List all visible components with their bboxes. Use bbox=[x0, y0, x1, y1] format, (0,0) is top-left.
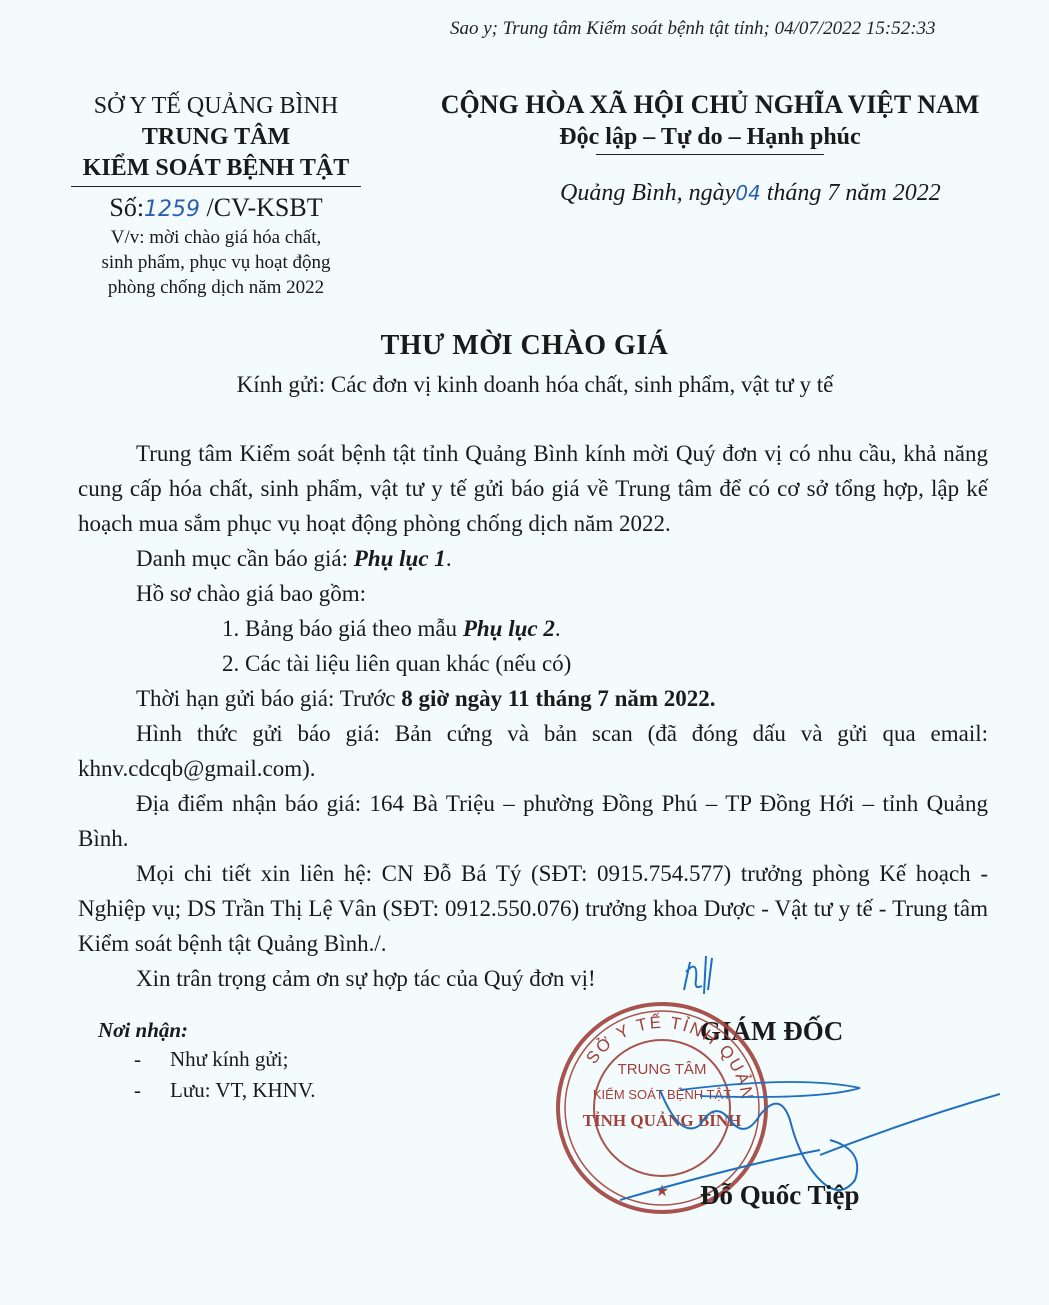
agency-name: SỞ Y TẾ QUẢNG BÌNH bbox=[60, 90, 372, 122]
initial-signature-icon bbox=[676, 950, 726, 1000]
catalog-value: Phụ lục 1 bbox=[354, 546, 446, 571]
recipient-item-text: Như kính gửi; bbox=[170, 1047, 288, 1071]
date-day-handwritten: 04 bbox=[735, 181, 760, 205]
recipients-heading: Nơi nhận: bbox=[98, 1016, 316, 1044]
recipient-item-text: Lưu: VT, KHNV. bbox=[170, 1078, 316, 1102]
national-header: CỘNG HÒA XÃ HỘI CHỦ NGHĨA VIỆT NAM Độc l… bbox=[420, 88, 1000, 155]
dossier-item-text: 2. Các tài liệu liên quan khác (nếu có) bbox=[222, 651, 571, 676]
catalog-label: Danh mục cần báo giá: bbox=[136, 546, 354, 571]
document-number: Số:1259 /CV-KSBT bbox=[60, 193, 372, 225]
signer-name: Đỗ Quốc Tiệp bbox=[700, 1180, 860, 1211]
copy-stamp: Sao y; Trung tâm Kiểm soát bệnh tật tỉnh… bbox=[450, 18, 936, 40]
motto-underline bbox=[596, 154, 824, 155]
number-suffix: /CV-KSBT bbox=[200, 193, 323, 222]
catalog-end: . bbox=[446, 546, 452, 571]
issue-date: Quảng Bình, ngày04 tháng 7 năm 2022 bbox=[560, 180, 941, 207]
unit-name-line2: KIỂM SOÁT BỆNH TẬT bbox=[60, 153, 372, 184]
catalog-line: Danh mục cần báo giá: Phụ lục 1. bbox=[78, 541, 988, 576]
date-prefix: Quảng Bình, ngày bbox=[560, 180, 735, 206]
number-handwritten: 1259 bbox=[144, 197, 200, 222]
contact-paragraph: Mọi chi tiết xin liên hệ: CN Đỗ Bá Tý (S… bbox=[78, 856, 988, 961]
unit-name-line1: TRUNG TÂM bbox=[60, 122, 372, 153]
dossier-item-text: 1. Bảng báo giá theo mẫu bbox=[222, 616, 463, 641]
dossier-item-emph: Phụ lục 2 bbox=[463, 616, 555, 641]
recipient-item: -Như kính gửi; bbox=[98, 1044, 316, 1075]
intro-paragraph: Trung tâm Kiểm soát bệnh tật tỉnh Quảng … bbox=[78, 436, 988, 541]
date-suffix: tháng 7 năm 2022 bbox=[761, 180, 941, 206]
deadline-label: Thời hạn gửi báo giá: Trước bbox=[136, 686, 401, 711]
document-title: THƯ MỜI CHÀO GIÁ bbox=[0, 330, 1049, 362]
number-prefix: Số: bbox=[109, 193, 144, 222]
thanks-line: Xin trân trọng cảm ơn sự hợp tác của Quý… bbox=[78, 961, 988, 996]
recipients-block: Nơi nhận: -Như kính gửi; -Lưu: VT, KHNV. bbox=[98, 1016, 316, 1106]
deadline-line: Thời hạn gửi báo giá: Trước 8 giờ ngày 1… bbox=[78, 681, 988, 716]
dossier-label: Hồ sơ chào giá bao gồm: bbox=[78, 576, 988, 611]
subject-line-1: V/v: mời chào giá hóa chất, bbox=[60, 225, 372, 250]
dossier-item: 2. Các tài liệu liên quan khác (nếu có) bbox=[78, 646, 988, 681]
svg-text:TRUNG TÂM: TRUNG TÂM bbox=[618, 1061, 707, 1078]
deadline-value: 8 giờ ngày 11 tháng 7 năm 2022. bbox=[401, 686, 715, 711]
national-motto: Độc lập – Tự do – Hạnh phúc bbox=[420, 122, 1000, 152]
recipient-item: -Lưu: VT, KHNV. bbox=[98, 1075, 316, 1106]
subject-line: V/v: mời chào giá hóa chất, sinh phẩm, p… bbox=[60, 225, 372, 300]
nation-name: CỘNG HÒA XÃ HỘI CHỦ NGHĨA VIỆT NAM bbox=[420, 88, 1000, 122]
location-paragraph: Địa điểm nhận báo giá: 164 Bà Triệu – ph… bbox=[78, 786, 988, 856]
dossier-item: 1. Bảng báo giá theo mẫu Phụ lục 2. bbox=[78, 611, 988, 646]
header-underline bbox=[71, 186, 361, 187]
subject-line-3: phòng chống dịch năm 2022 bbox=[60, 275, 372, 300]
document-body: Trung tâm Kiểm soát bệnh tật tỉnh Quảng … bbox=[78, 436, 988, 996]
issuing-agency-block: SỞ Y TẾ QUẢNG BÌNH TRUNG TÂM KIỂM SOÁT B… bbox=[60, 90, 372, 300]
method-paragraph: Hình thức gửi báo giá: Bản cứng và bản s… bbox=[78, 716, 988, 786]
dossier-item-end: . bbox=[555, 616, 561, 641]
subject-line-2: sinh phẩm, phục vụ hoạt động bbox=[60, 250, 372, 275]
recipient-line: Kính gửi: Các đơn vị kinh doanh hóa chất… bbox=[0, 372, 1049, 398]
